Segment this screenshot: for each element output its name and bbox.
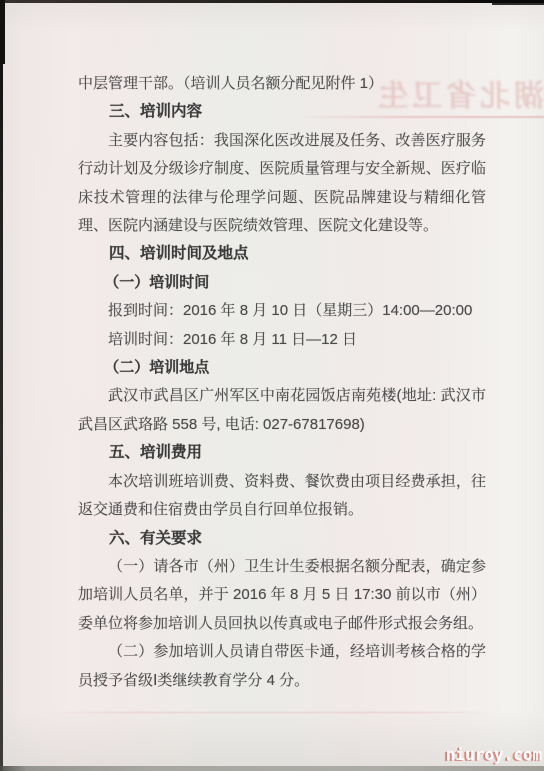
scan-edge-top [0,0,544,3]
bleedthrough-red-rule-bottom [48,712,492,713]
paragraph: 武汉市武昌区广州军区中南花园饭店南苑楼(地址: 武汉市武昌区武珞路 558 号,… [78,382,486,439]
section-heading: 四、培训时间及地点 [78,240,486,268]
scan-edge-bottom [0,766,544,771]
scan-edge-top-right-corner [492,0,544,5]
section-heading: 三、培训内容 [78,98,486,126]
paragraph: （一）请各市（州）卫生计生委根据名额分配表，确定参加培训人员名单，并于 2016… [78,553,486,638]
section-heading: （一）培训时间 [78,269,486,297]
document-body: 中层管理干部。（培训人员名额分配见附件 1）三、培训内容主要内容包括：我国深化医… [78,70,486,695]
scan-edge-left [0,0,3,771]
scan-edge-left-top [0,0,5,64]
paragraph: 报到时间：2016 年 8 月 10 日（星期三）14:00—20:00 [78,297,486,325]
section-heading: （二）培训地点 [78,354,486,382]
paragraph: 培训时间：2016 年 8 月 11 日—12 日 [78,326,486,354]
paragraph: 本次培训班培训费、资料费、餐饮费由项目经费承担，往返交通费和住宿费由学员自行回单… [78,468,486,525]
watermark: niuroy.com [446,745,542,764]
paragraph: （二）参加培训人员请自带医卡通，经培训考核合格的学员授予省级Ⅰ类继续教育学分 4… [78,638,486,695]
section-heading: 五、培训费用 [78,439,486,467]
paragraph: 主要内容包括：我国深化医改进展及任务、改善医疗服务行动计划及分级诊疗制度、医院质… [78,127,486,241]
paragraph: 中层管理干部。（培训人员名额分配见附件 1） [78,70,486,98]
section-heading: 六、有关要求 [78,525,486,553]
scanned-document-page: 湖北省卫生计生委 中层管理干部。（培训人员名额分配见附件 1）三、培训内容主要内… [0,0,544,771]
